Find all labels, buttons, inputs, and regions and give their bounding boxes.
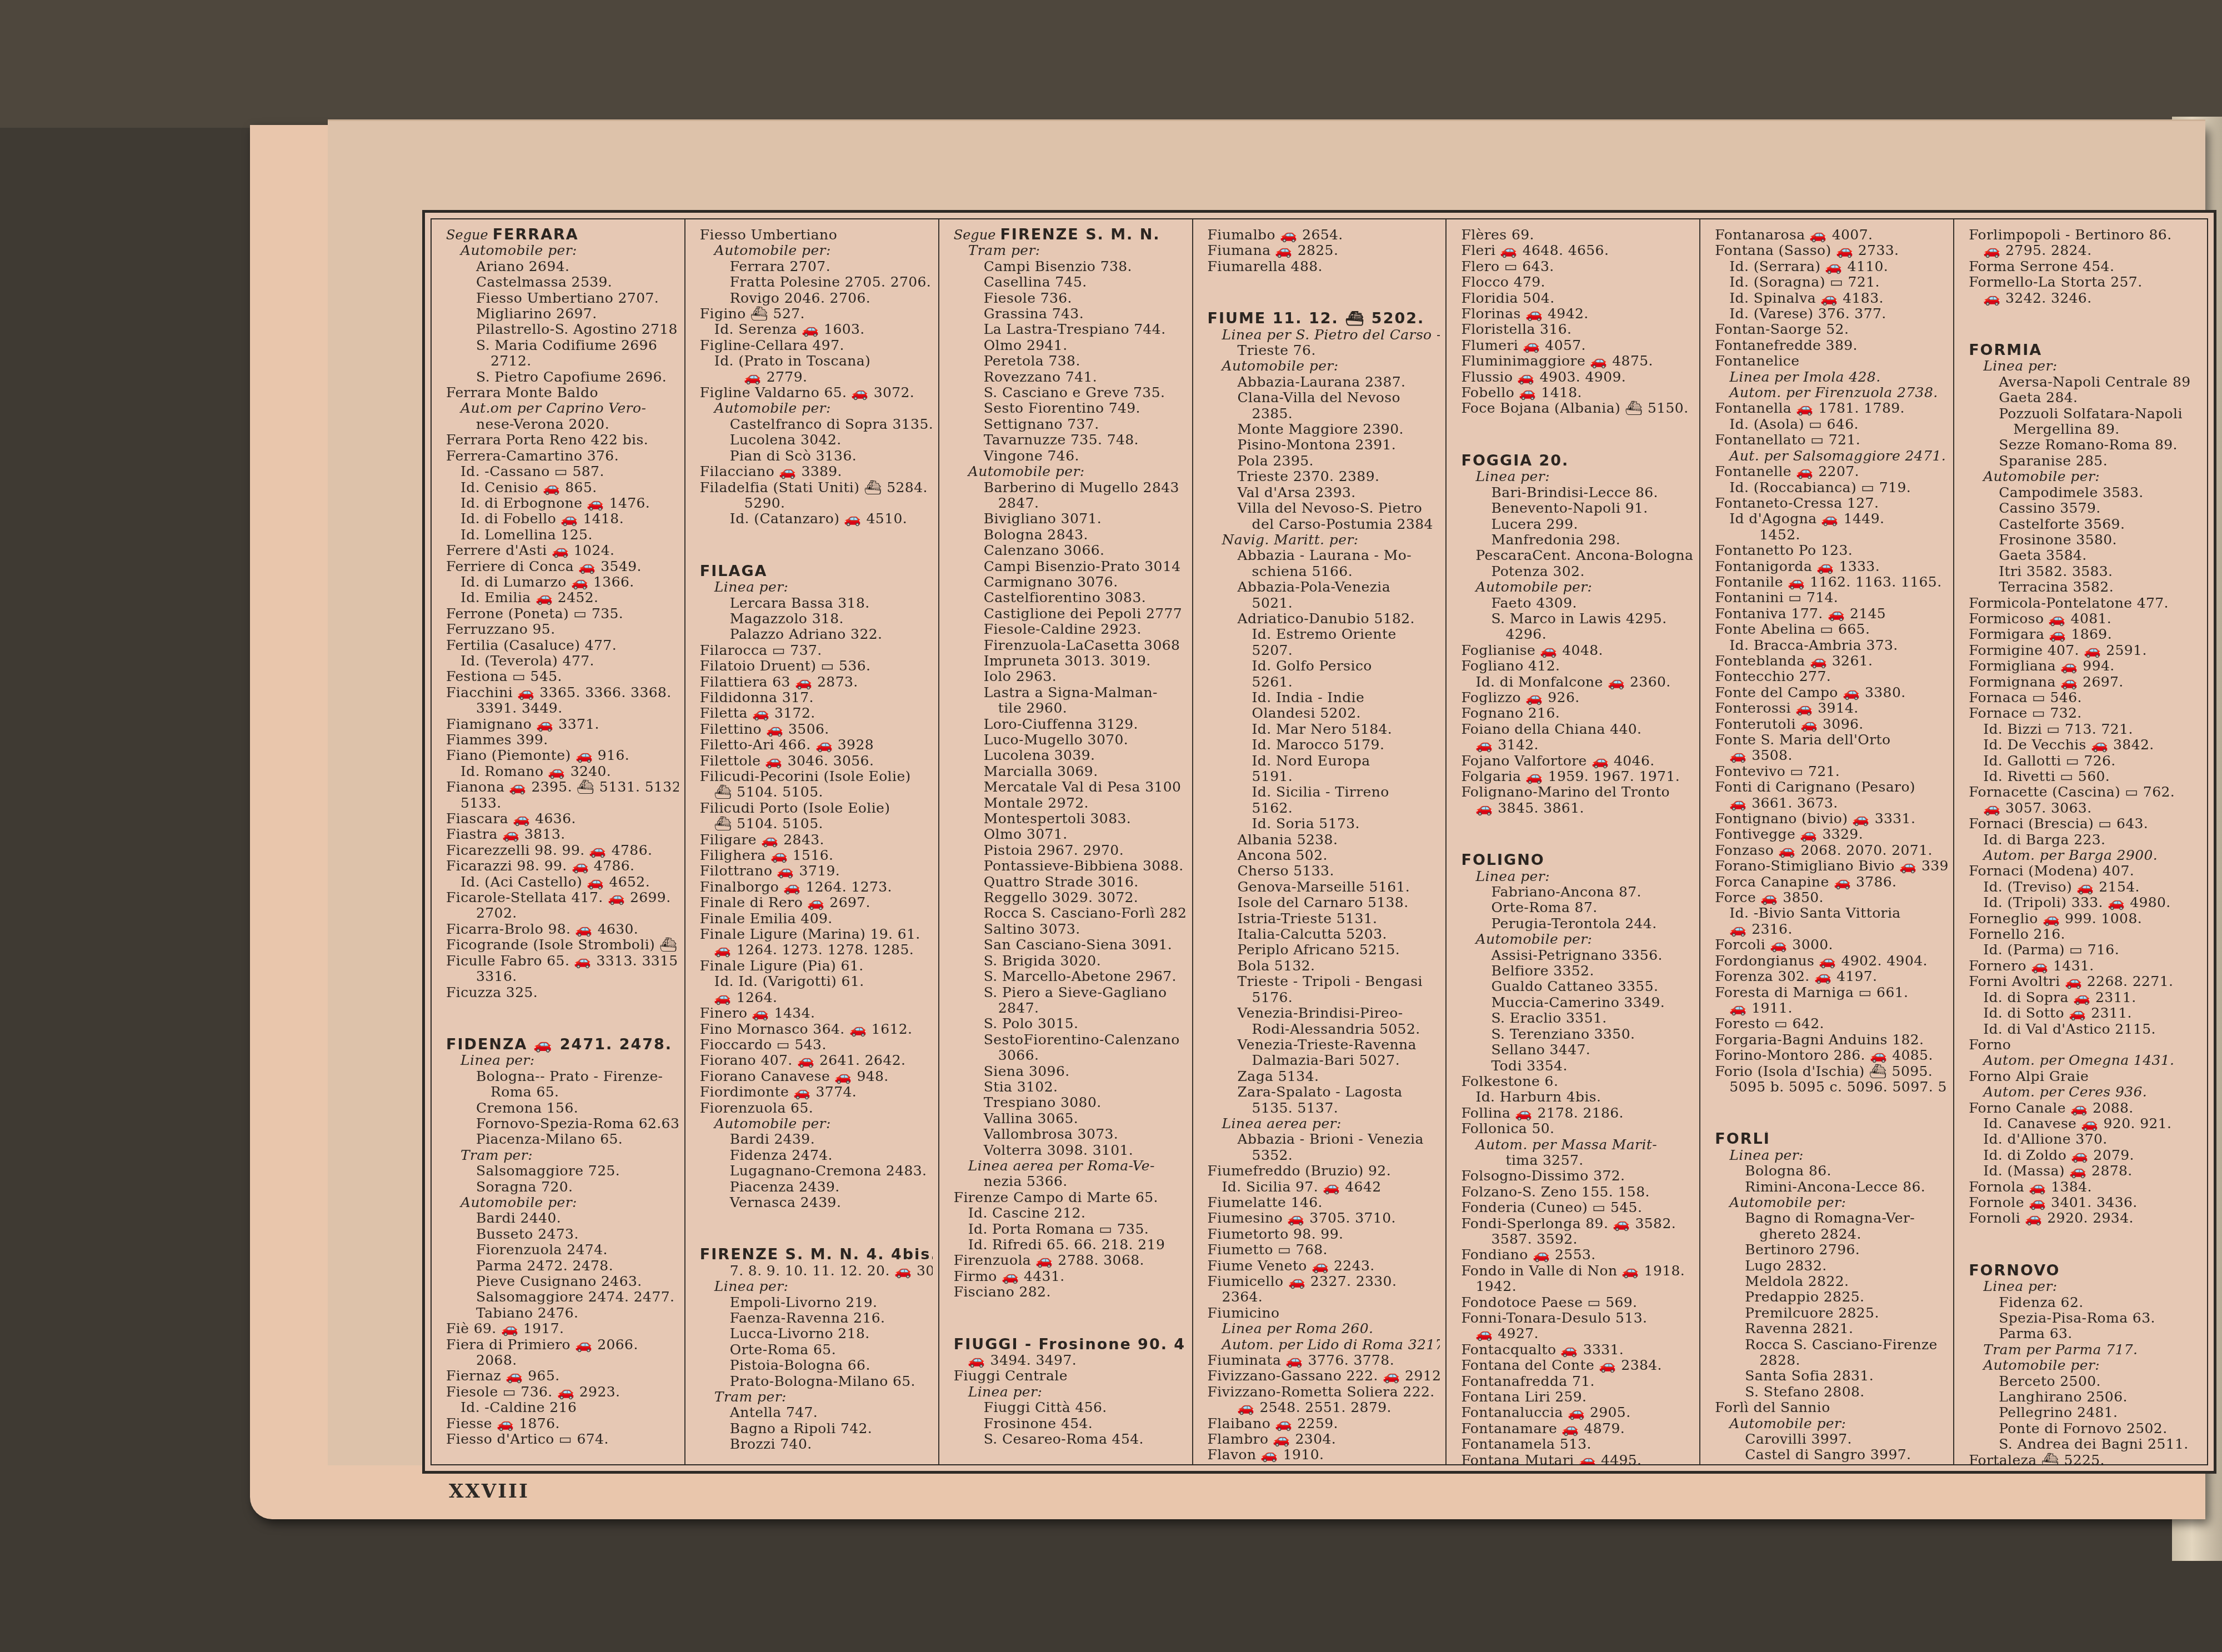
index-entry: Ficarra-Brolo 98. 🚗 4630.: [446, 922, 679, 937]
index-entry: Id. Cascine 212.: [954, 1205, 1187, 1221]
index-entry: Fontanamela 513.: [1461, 1436, 1694, 1452]
index-entry: S. Maria Codifiume 2696: [446, 338, 679, 353]
index-entry: Forlimpopoli - Bertinoro 86.: [1969, 227, 2201, 243]
index-entry: Lucca-Livorno 218.: [700, 1326, 933, 1341]
index-entry: Antella 747.: [700, 1405, 933, 1420]
index-entry: Ferruzzano 95.: [446, 622, 679, 637]
index-entry: Bardi 2439.: [700, 1132, 933, 1147]
index-entry: Palazzo Adriano 322.: [700, 627, 933, 642]
index-entry: Fontanamare 🚗 4879.: [1461, 1421, 1694, 1436]
index-entry: Filatoio Druent) ▭ 536.: [700, 658, 933, 674]
index-entry: Fontanini ▭ 714.: [1715, 590, 1948, 605]
index-entry: Id. (Massa) 🚗 2878.: [1969, 1163, 2201, 1179]
index-entry: Fontaniva 177. 🚗 2145: [1715, 606, 1948, 622]
index-entry: Pistoia 2967. 2970.: [954, 843, 1187, 858]
index-entry: nese-Verona 2020.: [446, 417, 679, 432]
index-entry: Fordongianus 🚗 4902. 4904.: [1715, 953, 1948, 969]
index-entry: Fondo in Valle di Non 🚗 1918.: [1461, 1263, 1694, 1279]
index-entry: Monte Maggiore 2390.: [1208, 422, 1440, 437]
index-entry: Foglianise 🚗 4048.: [1461, 643, 1694, 658]
index-entry: Firmo 🚗 4431.: [954, 1269, 1187, 1284]
service-subheading: Tram per:: [446, 1148, 679, 1163]
section-spacer: [1461, 417, 1694, 441]
section-heading: FORNOVO: [1969, 1263, 2201, 1279]
index-entry: S. Terenziano 3350.: [1461, 1027, 1694, 1042]
index-entry: Id. (Aci Castello) 🚗 4652.: [446, 874, 679, 890]
index-entry: 🚗 1264.: [700, 990, 933, 1005]
index-entry: Bagno di Romagna-Ver-: [1715, 1210, 1948, 1226]
index-entry: Fonti di Carignano (Pesaro): [1715, 779, 1948, 795]
index-entry: S. Pietro Capofiume 2696.: [446, 369, 679, 385]
index-entry: Fiesole 736.: [954, 291, 1187, 306]
index-entry: Filadelfia (Stati Uniti) ⛴ 5284.: [700, 480, 933, 495]
index-entry: Lercara Bassa 318.: [700, 595, 933, 611]
index-entry: Forca Canapine 🚗 3786.: [1715, 874, 1948, 890]
index-entry: Id. -Cassano ▭ 587.: [446, 464, 679, 479]
index-entry: ⛴ 5104. 5105.: [700, 784, 933, 800]
index-entry: Folgaria 🚗 1959. 1967. 1971.: [1461, 769, 1694, 784]
index-entry: Fognano 216.: [1461, 705, 1694, 721]
service-subheading: Tram per Parma 717.: [1969, 1342, 2201, 1358]
index-entry: 5290.: [700, 495, 933, 511]
index-entry: 5133.: [446, 795, 679, 811]
index-entry: Fiumesino 🚗 3705. 3710.: [1208, 1210, 1440, 1226]
index-entry: Fiumelatte 146.: [1208, 1195, 1440, 1210]
index-entry: Fiorenzuola 65.: [700, 1100, 933, 1116]
index-entry: Cherso 5133.: [1208, 863, 1440, 879]
index-entry: Reggello 3029. 3072.: [954, 890, 1187, 905]
index-entry: Foiano della Chiana 440.: [1461, 722, 1694, 737]
index-entry: 🚗 3508.: [1715, 748, 1948, 763]
index-entry: Flumeri 🚗 4057.: [1461, 338, 1694, 353]
index-entry: Id. di Sopra 🚗 2311.: [1969, 990, 2201, 1005]
index-entry: Carovilli 3997.: [1715, 1431, 1948, 1447]
section-spacer: [1969, 1227, 2201, 1251]
section-heading: FOGGIA 20.: [1461, 453, 1694, 469]
index-entry: Flavon 🚗 1910.: [1208, 1447, 1440, 1463]
service-subheading: Autom. per Massa Marit-: [1461, 1137, 1694, 1153]
index-entry: Fornaca ▭ 546.: [1969, 690, 2201, 705]
index-entry: Forni Avoltri 🚗 2268. 2271.: [1969, 974, 2201, 989]
index-entry: Fornaci (Modena) 407.: [1969, 863, 2201, 879]
index-entry: Id. (Prato in Toscana): [700, 353, 933, 369]
index-entry: 🚗 3242. 3246.: [1969, 291, 2201, 306]
index-entry: 4296.: [1461, 627, 1694, 642]
section-spacer: [700, 1210, 933, 1235]
index-entry: Istria-Trieste 5131.: [1208, 911, 1440, 927]
index-entry: Fontana Liri 259.: [1461, 1389, 1694, 1405]
section-spacer: [700, 527, 933, 552]
index-entry: Castel di Sangro 3997.: [1715, 1447, 1948, 1463]
service-subheading: Automobile per:: [1969, 469, 2201, 484]
index-entry: Ferrere d'Asti 🚗 1024.: [446, 543, 679, 558]
section-heading: FIUME 11. 12. ⛴ 5202.: [1208, 311, 1440, 327]
index-entry: Flocco 479.: [1461, 274, 1694, 290]
index-entry: Pisino-Montona 2391.: [1208, 437, 1440, 453]
index-entry: Id. (Treviso) 🚗 2154.: [1969, 879, 2201, 895]
index-entry: Fiumana 🚗 2825.: [1208, 243, 1440, 258]
index-entry: 5135. 5137.: [1208, 1100, 1440, 1116]
index-entry: Villa del Nevoso-S. Pietro: [1208, 500, 1440, 516]
index-column-2: Fiesso UmbertianoAutomobile per:Ferrara …: [685, 219, 939, 1464]
index-entry: Ficarezzelli 98. 99. 🚗 4786.: [446, 843, 679, 858]
index-entry: Barberino di Mugello 2843: [954, 480, 1187, 495]
section-spacer: [446, 1000, 679, 1025]
index-entry: Id. India - Indie: [1208, 690, 1440, 705]
service-subheading: Linea per:: [700, 1279, 933, 1294]
heading-text: FORMIA: [1969, 343, 2042, 358]
index-entry: Ferrara Porta Reno 422 bis.: [446, 432, 679, 448]
index-entry: Folkestone 6.: [1461, 1074, 1694, 1089]
index-entry: Filigare 🚗 2843.: [700, 832, 933, 848]
index-entry: Fiernaz 🚗 965.: [446, 1368, 679, 1384]
index-entry: Fiordimonte 🚗 3774.: [700, 1084, 933, 1100]
index-entry: 🚗 2795. 2824.: [1969, 243, 2201, 258]
index-entry: Frosinone 3580.: [1969, 532, 2201, 548]
index-entry: Ferrone (Poneta) ▭ 735.: [446, 606, 679, 622]
index-entry: Id. (Catanzaro) 🚗 4510.: [700, 511, 933, 527]
index-entry: Ferriere di Conca 🚗 3549.: [446, 559, 679, 574]
index-entry: Vingone 746.: [954, 448, 1187, 464]
heading-text: FORLÌ: [1715, 1132, 1770, 1147]
index-entry: Migliarino 2697.: [446, 306, 679, 322]
index-entry: Pieve Cusignano 2463.: [446, 1274, 679, 1289]
index-entry: Id. Sicilia 97. 🚗 4642: [1208, 1179, 1440, 1195]
service-subheading: Automobile per:: [700, 1116, 933, 1132]
index-entry: Bologna 2843.: [954, 527, 1187, 543]
index-entry: 🚗 3661. 3673.: [1715, 795, 1948, 811]
index-entry: Marcialla 3069.: [954, 764, 1187, 779]
index-entry: Bivigliano 3071.: [954, 511, 1187, 527]
index-entry: 5095 b. 5095 c. 5096. 5097. 5098.: [1715, 1079, 1948, 1095]
index-entry: Castelforte 3569.: [1969, 517, 2201, 532]
index-entry: Fiume Veneto 🚗 2243.: [1208, 1258, 1440, 1274]
index-entry: Spezia-Pisa-Roma 63.: [1969, 1310, 2201, 1326]
index-entry: Val d'Arsa 2393.: [1208, 485, 1440, 500]
index-entry: Gaeta 3584.: [1969, 548, 2201, 563]
index-entry: Mercatale Val di Pesa 3100: [954, 779, 1187, 795]
index-entry: Lucolena 3042.: [700, 432, 933, 448]
index-entry: Id. Gallotti ▭ 726.: [1969, 753, 2201, 769]
index-entry: Vallina 3065.: [954, 1111, 1187, 1127]
index-entry: Berceto 2500.: [1969, 1374, 2201, 1389]
index-entry: Id. Spinalva 🚗 4183.: [1715, 291, 1948, 306]
index-entry: Foresta di Marniga ▭ 661.: [1715, 985, 1948, 1000]
index-entry: tima 3257.: [1461, 1153, 1694, 1168]
index-entry: nezia 5366.: [954, 1174, 1187, 1189]
index-entry: Fornole 🚗 3401. 3436.: [1969, 1195, 2201, 1210]
index-entry: 3066.: [954, 1048, 1187, 1063]
service-subheading: Linea aerea per Roma-Ve-: [954, 1158, 1187, 1174]
service-subheading: Autom. per Firenzuola 2738.: [1715, 385, 1948, 401]
index-entry: Pistoia-Bologna 66.: [700, 1358, 933, 1373]
service-subheading: Linea per:: [954, 1384, 1187, 1400]
index-entry: Fiesse 🚗 1876.: [446, 1416, 679, 1431]
index-entry: Id. (Teverola) 477.: [446, 653, 679, 669]
index-entry: Fioccardo ▭ 543.: [700, 1037, 933, 1053]
index-entry: Id. (Serrara) 🚗 4110.: [1715, 259, 1948, 274]
index-entry: Fiorenzuola 2474.: [446, 1242, 679, 1258]
index-entry: Fiumetorto 98. 99.: [1208, 1227, 1440, 1242]
index-entry: Bologna 86.: [1715, 1163, 1948, 1179]
service-subheading: Autom. per Barga 2900.: [1969, 848, 2201, 863]
index-entry: 🚗 1911.: [1715, 1000, 1948, 1016]
index-entry: Firenze Campo di Marte 65.: [954, 1190, 1187, 1205]
index-entry: Filacciano 🚗 3389.: [700, 464, 933, 479]
index-entry: Forano-Stimigliano Bivio 🚗 3396: [1715, 858, 1948, 874]
index-entry: Fiammes 399.: [446, 732, 679, 748]
index-entry: Id. di Sotto 🚗 2311.: [1969, 1005, 2201, 1021]
index-entry: Fiumetto ▭ 768.: [1208, 1242, 1440, 1258]
index-entry: schiena 5166.: [1208, 564, 1440, 579]
index-entry: Campodimele 3583.: [1969, 485, 2201, 500]
index-entry: Forno Canale 🚗 2088.: [1969, 1100, 2201, 1116]
index-entry: Follonica 50.: [1461, 1121, 1694, 1137]
index-entry: Filetto-Ari 466. 🚗 3928: [700, 737, 933, 753]
index-entry: Fornero 🚗 1431.: [1969, 958, 2201, 974]
index-entry: Settignano 737.: [954, 417, 1187, 432]
index-entry: Salsomaggiore 725.: [446, 1163, 679, 1179]
index-entry: Id. Cenisio 🚗 865.: [446, 480, 679, 495]
index-entry: Pozzuoli Solfatara-Napoli: [1969, 406, 2201, 422]
index-column-4: Fiumalbo 🚗 2654.Fiumana 🚗 2825.Fiumarell…: [1193, 219, 1447, 1464]
index-entry: S. Stefano 2808.: [1715, 1384, 1948, 1400]
index-entry: Montale 2972.: [954, 795, 1187, 811]
index-entry: Rimini-Ancona-Lecce 86.: [1715, 1179, 1948, 1195]
index-entry: Ariano 2694.: [446, 259, 679, 274]
index-entry: 🚗 2779.: [700, 369, 933, 385]
index-entry: Predappio 2825.: [1715, 1289, 1948, 1305]
index-entry: Floristella 316.: [1461, 322, 1694, 337]
index-entry: Fiesole-Caldine 2923.: [954, 622, 1187, 637]
index-entry: Filicudi Porto (Isole Eolie): [700, 800, 933, 816]
index-column-7: Forlimpopoli - Bertinoro 86.🚗 2795. 2824…: [1954, 219, 2207, 1464]
index-entry: Id. Golfo Persico: [1208, 658, 1440, 674]
index-entry: Fivizzano-Rometta Soliera 222.: [1208, 1384, 1440, 1400]
section-heading: FIUGGI - Frosinone 90. 454.: [954, 1337, 1187, 1353]
index-entry: Fiuggi Città 456.: [954, 1400, 1187, 1415]
index-entry: Fiumarella 488.: [1208, 259, 1440, 274]
service-subheading: Linea per:: [446, 1053, 679, 1068]
section-spacer: [954, 1300, 1187, 1325]
index-entry: Filettino 🚗 3506.: [700, 722, 933, 737]
service-subheading: Tram per:: [954, 243, 1187, 258]
index-entry: Ferrera-Camartino 376.: [446, 448, 679, 464]
index-entry: S. Marcello-Abetone 2967.: [954, 969, 1187, 984]
service-subheading: Automobile per:: [446, 243, 679, 258]
index-entry: Cremona 156.: [446, 1100, 679, 1116]
index-entry: Ravenna 2821.: [1715, 1321, 1948, 1336]
index-entry: Fiesso Umbertiano 2707.: [446, 291, 679, 306]
index-entry: Albania 5238.: [1208, 832, 1440, 848]
index-entry: Filarocca ▭ 737.: [700, 643, 933, 658]
index-entry: Periplo Africano 5215.: [1208, 942, 1440, 958]
index-entry: 3587. 3592.: [1461, 1232, 1694, 1247]
index-entry: Fisciano 282.: [954, 1284, 1187, 1300]
index-entry: Clana-Villa del Nevoso: [1208, 390, 1440, 406]
index-entry: Fontan-Saorge 52.: [1715, 322, 1948, 337]
service-subheading: Linea per S. Pietro del Carso -: [1208, 327, 1440, 343]
index-entry: Fornovo-Spezia-Roma 62.63: [446, 1116, 679, 1132]
index-entry: Id. Emilia 🚗 2452.: [446, 590, 679, 605]
index-entry: Id. di Zoldo 🚗 2079.: [1969, 1148, 2201, 1163]
index-entry: Id. Bizzi ▭ 713. 721.: [1969, 722, 2201, 737]
index-entry: Piacenza-Milano 65.: [446, 1132, 679, 1147]
index-entry: S. Eraclio 3351.: [1461, 1010, 1694, 1026]
index-entry: Formigliana 🚗 994.: [1969, 658, 2201, 674]
index-entry: Castelmassa 2539.: [446, 274, 679, 290]
index-entry: 2364.: [1208, 1289, 1440, 1305]
index-entry: Forno Alpi Graie: [1969, 1069, 2201, 1084]
index-entry: Id. (Tripoli) 333. 🚗 4980.: [1969, 895, 2201, 910]
index-entry: Fontivegge 🚗 3329.: [1715, 827, 1948, 842]
index-entry: Isole del Carnaro 5138.: [1208, 895, 1440, 910]
index-entry: 2385.: [1208, 406, 1440, 422]
index-entry: Manfredonia 298.: [1461, 532, 1694, 548]
service-subheading: Automobile per:: [700, 243, 933, 258]
index-entry: Lugagnano-Cremona 2483.: [700, 1163, 933, 1179]
index-entry: Finale Ligure (Marina) 19. 61.: [700, 927, 933, 942]
index-entry: 🚗 3845. 3861.: [1461, 800, 1694, 816]
index-entry: Fontecchio 277.: [1715, 669, 1948, 684]
index-entry: Mergellina 89.: [1969, 422, 2201, 437]
index-entry: Soragna 720.: [446, 1179, 679, 1195]
index-entry: Filicudi-Pecorini (Isole Eolie): [700, 769, 933, 784]
index-column-5: Flères 69.Fleri 🚗 4648. 4656.Flero ▭ 643…: [1447, 219, 1700, 1464]
index-entry: del Carso-Postumia 2384: [1208, 517, 1440, 532]
index-entry: Rocca S. Casciano-Firenze: [1715, 1337, 1948, 1353]
index-entry: Filattiera 63 🚗 2873.: [700, 674, 933, 690]
index-entry: Fontana Mutari 🚗 4495.: [1461, 1453, 1694, 1464]
index-entry: Id. Marocco 5179.: [1208, 737, 1440, 753]
index-entry: Siena 3096.: [954, 1064, 1187, 1079]
index-entry: Id. Canavese 🚗 920. 921.: [1969, 1116, 2201, 1132]
index-entry: Forneglio 🚗 999. 1008.: [1969, 911, 2201, 927]
section-spacer: [1715, 1095, 1948, 1119]
index-entry: Sezze Romano-Roma 89.: [1969, 437, 2201, 453]
index-entry: Fiesole ▭ 736. 🚗 2923.: [446, 1384, 679, 1400]
section-heading: FIRENZE S. M. N. 4. 4bis. 5.: [700, 1247, 933, 1263]
index-entry: Figline-Cellara 497.: [700, 338, 933, 353]
index-entry: Zara-Spalato - Lagosta: [1208, 1084, 1440, 1100]
index-entry: Id. (Parma) ▭ 716.: [1969, 942, 2201, 958]
index-entry: Fogliano 412.: [1461, 658, 1694, 674]
index-entry: Ficogrande (Isole Stromboli) ⛴ 5103: [446, 937, 679, 953]
index-entry: Venezia-Trieste-Ravenna: [1208, 1037, 1440, 1053]
service-subheading: Aut. per Salsomaggiore 2471.: [1715, 448, 1948, 464]
index-entry: Id. di Erbognone 🚗 1476.: [446, 495, 679, 511]
index-entry: Fiacchini 🚗 3365. 3366. 3368.: [446, 685, 679, 700]
heading-text: FIDENZA 🚗 2471. 2478.: [446, 1037, 672, 1053]
index-entry: Forgaria-Bagni Anduins 182.: [1715, 1032, 1948, 1048]
index-entry: Fleri 🚗 4648. 4656.: [1461, 243, 1694, 258]
index-entry: La Lastra-Trespiano 744.: [954, 322, 1187, 337]
index-entry: Bertinoro 2796.: [1715, 1242, 1948, 1258]
service-subheading: Linea per:: [1969, 1279, 2201, 1294]
index-entry: Fontana del Conte 🚗 2384.: [1461, 1358, 1694, 1373]
index-entry: Fontacqualto 🚗 3331.: [1461, 1342, 1694, 1358]
index-entry: 3316.: [446, 969, 679, 984]
index-entry: Follina 🚗 2178. 2186.: [1461, 1105, 1694, 1121]
index-entry: Festiona ▭ 545.: [446, 669, 679, 684]
index-entry: 7. 8. 9. 10. 11. 12. 20. 🚗 3079: [700, 1263, 933, 1279]
index-entry: Fiumicino: [1208, 1305, 1440, 1321]
index-entry: Trieste - Tripoli - Bengasi: [1208, 974, 1440, 989]
index-entry: Loro-Ciuffenna 3129.: [954, 717, 1187, 732]
index-entry: Frosinone 454.: [954, 1416, 1187, 1431]
continued-label: Segue: [446, 227, 488, 243]
index-entry: Fornacette (Cascina) ▭ 762.: [1969, 784, 2201, 800]
index-entry: Forma Serrone 454.: [1969, 259, 2201, 274]
index-entry: 5162.: [1208, 800, 1440, 816]
index-entry: Rovigo 2046. 2706.: [700, 291, 933, 306]
index-entry: Fonni-Tonara-Desulo 513.: [1461, 1310, 1694, 1326]
index-entry: Formignana 🚗 2697.: [1969, 674, 2201, 690]
index-entry: Force 🚗 3850.: [1715, 890, 1948, 905]
service-subheading: Automobile per:: [1461, 579, 1694, 595]
index-entry: Florinas 🚗 4942.: [1461, 306, 1694, 322]
index-entry: Id. De Vecchis 🚗 3842.: [1969, 737, 2201, 753]
index-entry: S. Polo 3015.: [954, 1016, 1187, 1032]
index-entry: Id. di Barga 223.: [1969, 832, 2201, 848]
index-entry: Vernasca 2439.: [700, 1195, 933, 1210]
index-entry: Fiesso Umbertiano: [700, 227, 933, 243]
index-entry: Forenza 302. 🚗 4197.: [1715, 969, 1948, 984]
index-entry: Fontanelle 🚗 2207.: [1715, 464, 1948, 479]
index-entry: S. Cesareo-Roma 454.: [954, 1431, 1187, 1447]
index-entry: Cassino 3579.: [1969, 500, 2201, 516]
service-subheading: Automobile per:: [1969, 1358, 2201, 1373]
index-entry: Fidenza 62.: [1969, 1295, 2201, 1310]
index-entry: Formigara 🚗 1869.: [1969, 627, 2201, 642]
index-entry: Id. Sicilia - Tirreno: [1208, 784, 1440, 800]
index-entry: Zaga 5134.: [1208, 1069, 1440, 1084]
service-subheading: Autom. per Lido di Roma 3217: [1208, 1337, 1440, 1353]
index-entry: Formicola-Pontelatone 477.: [1969, 595, 2201, 611]
index-entry: Itri 3582. 3583.: [1969, 564, 2201, 579]
index-entry: Id. Rivetti ▭ 560.: [1969, 769, 2201, 784]
index-entry: Empoli-Livorno 219.: [700, 1295, 933, 1310]
index-entry: 🚗 3057. 3063.: [1969, 800, 2201, 816]
index-entry: Fonzaso 🚗 2068. 2070. 2071.: [1715, 843, 1948, 858]
index-entry: Id. Lomellina 125.: [446, 527, 679, 543]
index-entry: Muccia-Camerino 3349.: [1461, 995, 1694, 1010]
index-entry: Abbazia - Brioni - Venezia: [1208, 1132, 1440, 1147]
index-entry: Filighera 🚗 1516.: [700, 848, 933, 863]
index-entry: Fildidonna 317.: [700, 690, 933, 705]
service-subheading: Automobile per:: [1715, 1195, 1948, 1210]
service-subheading: Linea aerea per:: [1208, 1116, 1440, 1132]
index-entry: Bardi 2440.: [446, 1210, 679, 1226]
index-entry: Fontanafredda 71.: [1461, 1374, 1694, 1389]
index-entry: Firenzuola-LaCasetta 3068: [954, 638, 1187, 653]
index-entry: SestoFiorentino-Calenzano: [954, 1032, 1187, 1048]
index-entry: Id. Nord Europa: [1208, 753, 1440, 769]
index-entry: Brozzi 740.: [700, 1436, 933, 1452]
index-entry: 5021.: [1208, 595, 1440, 611]
index-entry: Bari-Brindisi-Lecce 86.: [1461, 485, 1694, 500]
index-entry: Lastra a Signa-Malman-: [954, 685, 1187, 700]
index-entry: Id. di Val d'Astico 2115.: [1969, 1022, 2201, 1037]
index-entry: Tabiano 2476.: [446, 1305, 679, 1321]
index-entry: Id. di Fobello 🚗 1418.: [446, 511, 679, 527]
index-entry: Ficarazzi 98. 99. 🚗 4786.: [446, 858, 679, 874]
heading-text: FIUME 11. 12. ⛴ 5202.: [1208, 311, 1425, 327]
heading-text: FERRARA: [493, 227, 579, 243]
index-entry: Fiuminata 🚗 3776. 3778.: [1208, 1353, 1440, 1368]
index-entry: Fontanefredde 389.: [1715, 338, 1948, 353]
index-entry: Sesto Fiorentino 749.: [954, 401, 1187, 416]
